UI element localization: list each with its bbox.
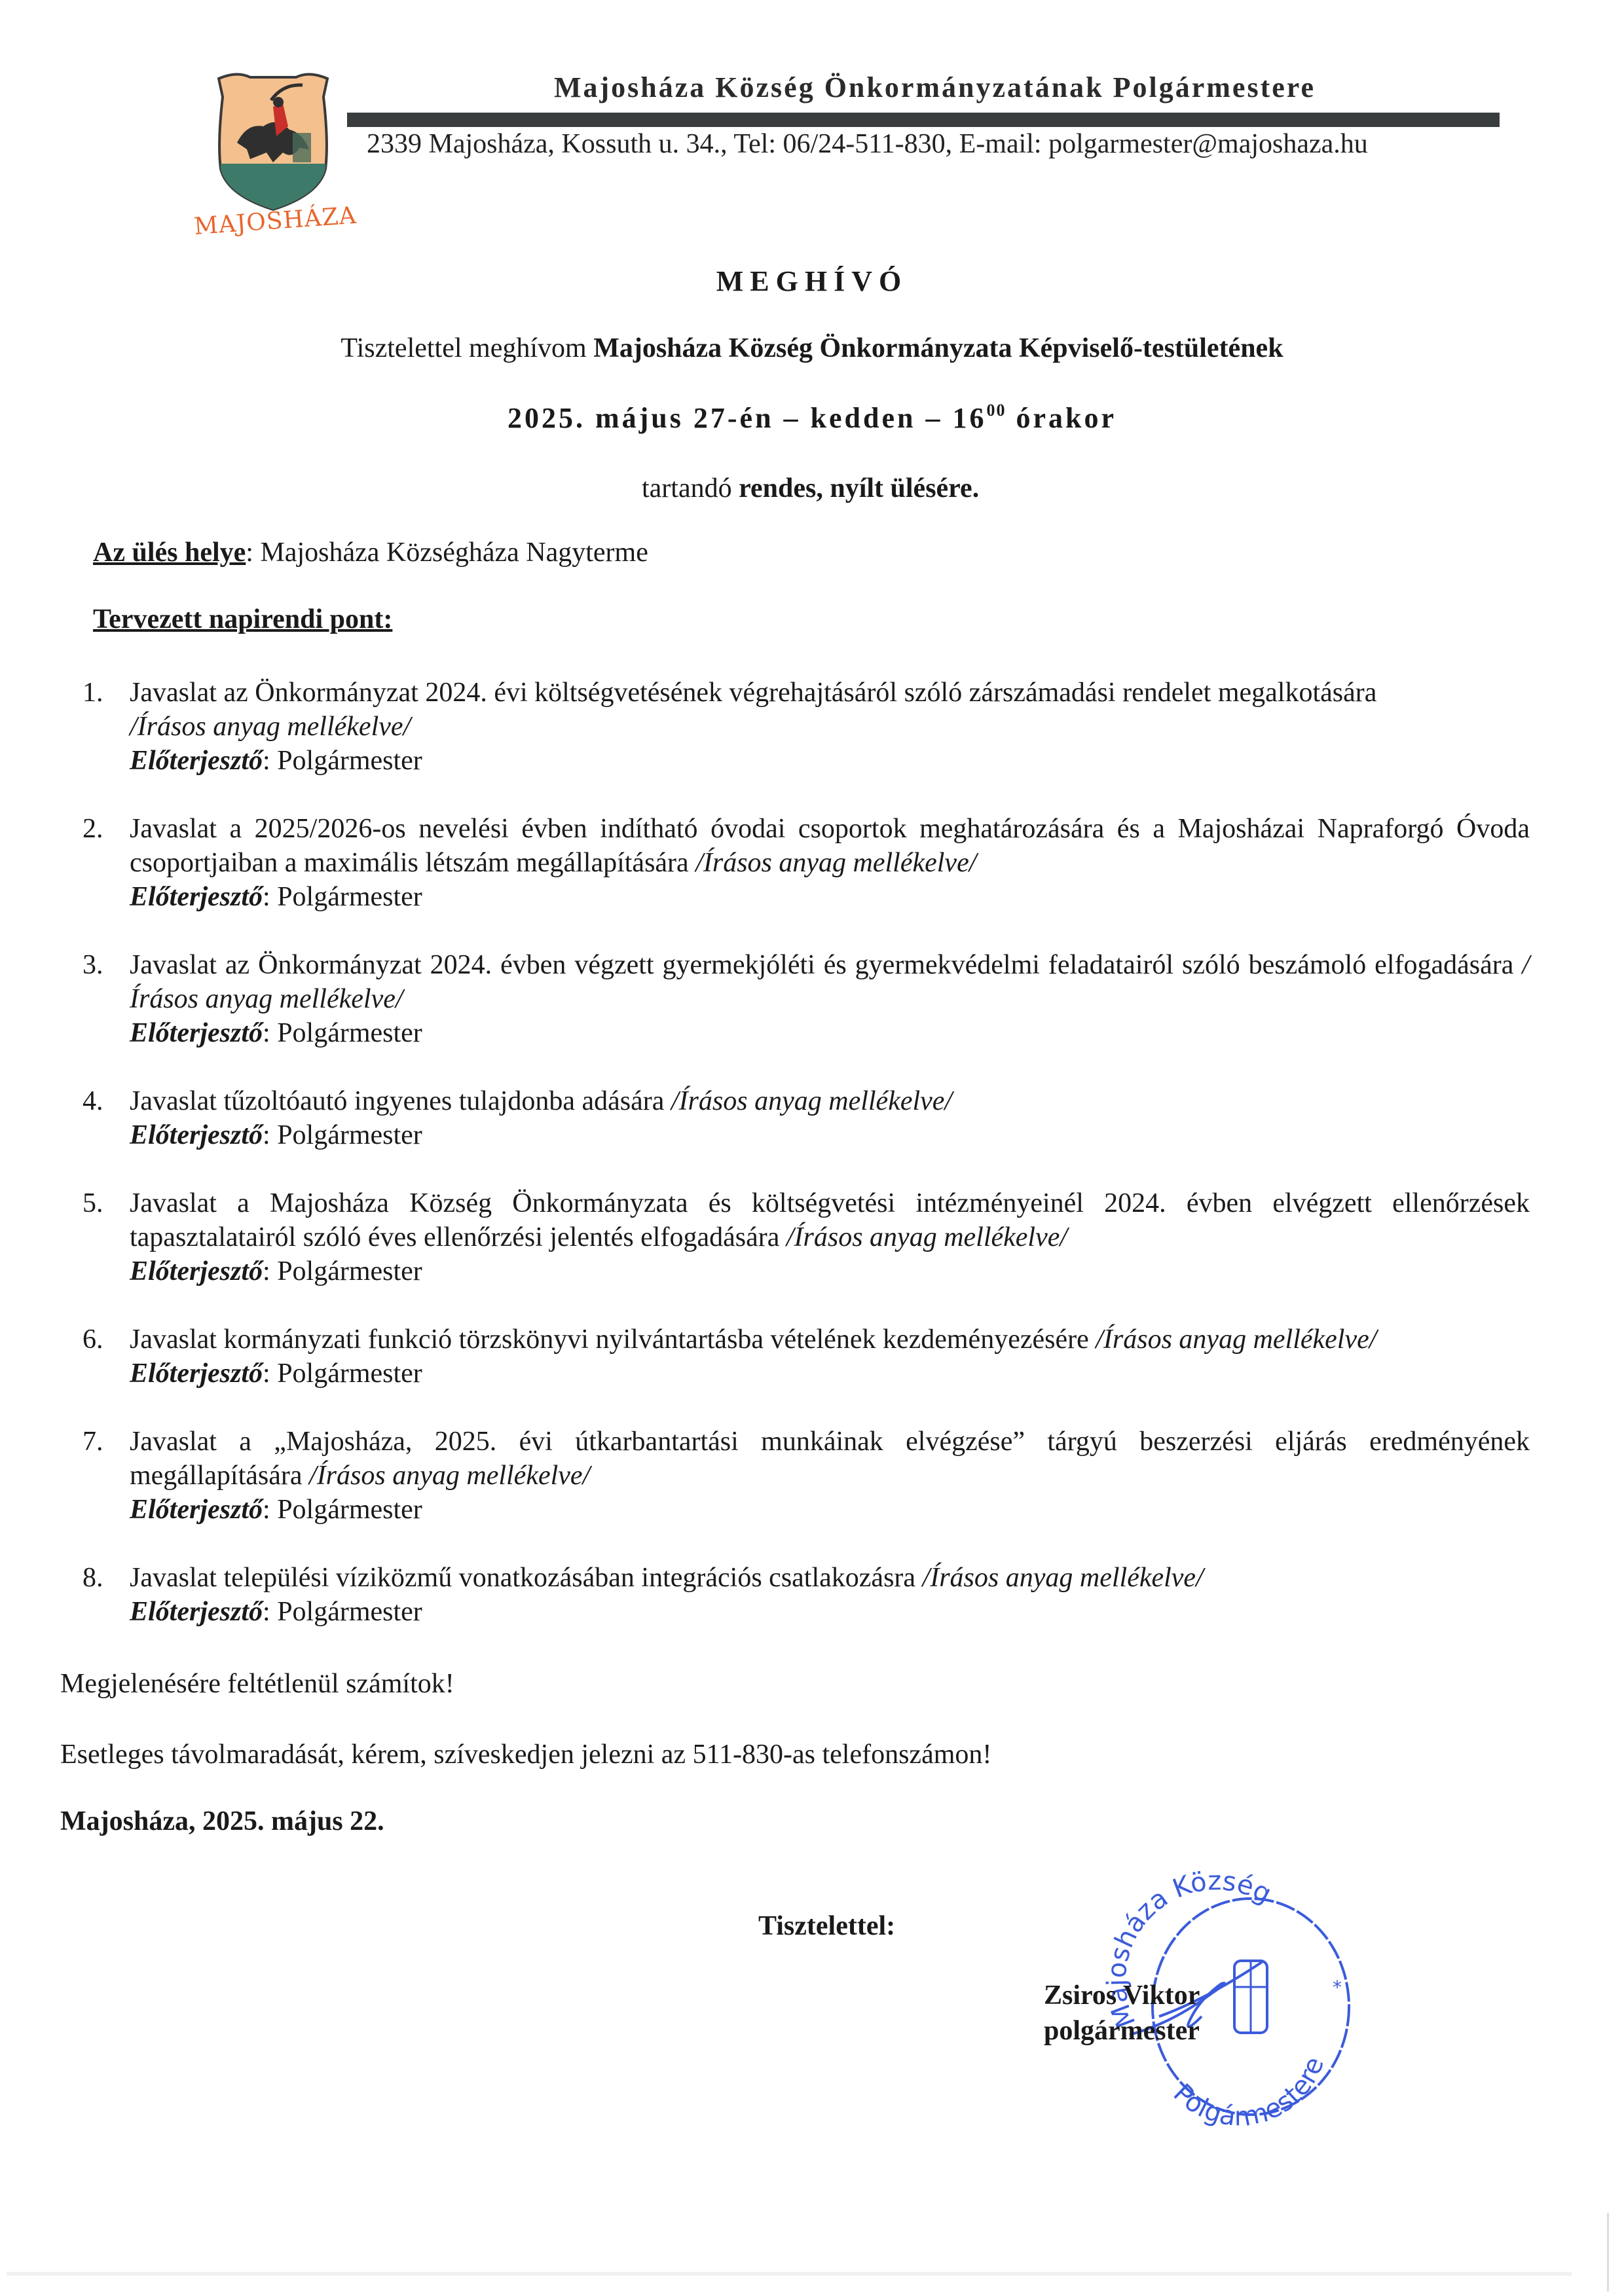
agenda-item-number: 7.: [83, 1425, 103, 1459]
agenda-item-number: 8.: [83, 1561, 103, 1595]
presenter-value: Polgármester: [277, 1120, 422, 1150]
agenda-item: 1.Javaslat az Önkormányzat 2024. évi köl…: [83, 676, 1530, 778]
session-type-line: tartandó rendes, nyílt ülésére.: [642, 473, 979, 504]
regards: Tisztelettel:: [758, 1910, 895, 1942]
svg-text:*: *: [1333, 1977, 1342, 1998]
place-date: Majosháza, 2025. május 22.: [60, 1806, 384, 1837]
presenter-label: Előterjesztő: [130, 1120, 263, 1150]
agenda-item-presenter: Előterjesztő: Polgármester: [130, 1254, 1530, 1288]
presenter-value: Polgármester: [277, 1495, 422, 1525]
agenda-item-text: Javaslat kormányzati funkció törzskönyvi…: [130, 1322, 1530, 1357]
agenda-item-presenter: Előterjesztő: Polgármester: [130, 1016, 1530, 1050]
agenda-item-title: Javaslat az Önkormányzat 2024. évi költs…: [130, 678, 1376, 708]
signer-name: Zsiros Viktor: [1044, 1980, 1200, 2011]
signer-title: polgármester: [1044, 2015, 1200, 2047]
closing-line-1: Megjelenésére feltétlenül számítok!: [60, 1668, 454, 1700]
presenter-label: Előterjesztő: [130, 882, 263, 912]
presenter-colon: :: [263, 1256, 277, 1286]
agenda-item-text: Javaslat a „Majosháza, 2025. évi útkarba…: [130, 1425, 1530, 1493]
agenda-item-text: Javaslat tűzoltóautó ingyenes tulajdonba…: [130, 1084, 1530, 1118]
scan-side-edge: [1607, 2213, 1609, 2291]
venue-label: Az ülés helye: [93, 538, 246, 568]
attachment-note: /Írásos anyag mellékelve/: [671, 1086, 952, 1116]
presenter-value: Polgármester: [277, 1256, 422, 1286]
svg-text:Polgármestere: Polgármestere: [1168, 2053, 1331, 2132]
session-lead: tartandó: [642, 473, 739, 503]
meeting-datetime: 2025. május 27-én – kedden – 1600 órakor: [0, 401, 1624, 435]
agenda-item-presenter: Előterjesztő: Polgármester: [130, 1493, 1530, 1527]
organization-name: Majosháza Község Önkormányzatának Polgár…: [554, 71, 1316, 104]
presenter-label: Előterjesztő: [130, 1358, 263, 1389]
header-divider: [347, 113, 1500, 127]
agenda-item-number: 3.: [83, 948, 103, 982]
agenda-item-text: Javaslat a Majosháza Község Önkormányzat…: [130, 1186, 1530, 1254]
presenter-label: Előterjesztő: [130, 1495, 263, 1525]
invitation-line: Tisztelettel meghívom Majosháza Község Ö…: [0, 333, 1624, 364]
presenter-colon: :: [263, 1495, 277, 1525]
agenda-item-presenter: Előterjesztő: Polgármester: [130, 1118, 1530, 1152]
venue-line: Az ülés helye: Majosháza Községháza Nagy…: [93, 537, 648, 568]
agenda-heading: Tervezett napirendi pont:: [93, 604, 392, 635]
attachment-note: /Írásos anyag mellékelve/: [1096, 1324, 1376, 1355]
closing-line-2: Esetleges távolmaradását, kérem, szívesk…: [60, 1739, 991, 1770]
agenda-item: 8.Javaslat települési víziközmű vonatkoz…: [83, 1561, 1530, 1629]
agenda-item: 7.Javaslat a „Majosháza, 2025. évi útkar…: [83, 1425, 1530, 1527]
agenda-item: 6.Javaslat kormányzati funkció törzsköny…: [83, 1322, 1530, 1391]
presenter-value: Polgármester: [277, 1018, 422, 1048]
agenda-item-presenter: Előterjesztő: Polgármester: [130, 1595, 1530, 1629]
presenter-label: Előterjesztő: [130, 1256, 263, 1286]
presenter-colon: :: [263, 746, 277, 776]
venue-value: : Majosháza Községháza Nagyterme: [246, 538, 648, 568]
attachment-note: /Írásos anyag mellékelve/: [695, 848, 976, 878]
presenter-colon: :: [263, 1120, 277, 1150]
agenda-item-text: Javaslat települési víziközmű vonatkozás…: [130, 1561, 1530, 1595]
session-type: rendes, nyílt ülésére.: [739, 473, 979, 503]
datetime-main: 2025. május 27-én – kedden – 16: [507, 402, 987, 434]
agenda-item-number: 1.: [83, 676, 103, 710]
presenter-value: Polgármester: [277, 882, 422, 912]
agenda-item: 2.Javaslat a 2025/2026-os nevelési évben…: [83, 812, 1530, 914]
attachment-note: /Írásos anyag mellékelve/: [923, 1563, 1204, 1593]
attachment-note: /Írásos anyag mellékelve/: [309, 1461, 590, 1491]
presenter-label: Előterjesztő: [130, 746, 263, 776]
presenter-label: Előterjesztő: [130, 1018, 263, 1048]
agenda-item: 4.Javaslat tűzoltóautó ingyenes tulajdon…: [83, 1084, 1530, 1152]
presenter-colon: :: [263, 1018, 277, 1048]
agenda-list: 1.Javaslat az Önkormányzat 2024. évi köl…: [83, 676, 1530, 1663]
agenda-item-presenter: Előterjesztő: Polgármester: [130, 744, 1530, 778]
attachment-note: /Írásos anyag mellékelve/: [130, 712, 411, 742]
presenter-colon: :: [263, 1597, 277, 1627]
agenda-item-title: Javaslat tűzoltóautó ingyenes tulajdonba…: [130, 1086, 671, 1116]
presenter-value: Polgármester: [277, 1597, 422, 1627]
datetime-minutes: 00: [986, 401, 1006, 420]
presenter-colon: :: [263, 1358, 277, 1389]
agenda-item-text: Javaslat a 2025/2026-os nevelési évben i…: [130, 812, 1530, 880]
agenda-item-title: Javaslat kormányzati funkció törzskönyvi…: [130, 1324, 1096, 1355]
agenda-item-text: Javaslat az Önkormányzat 2024. évi költs…: [130, 676, 1530, 744]
agenda-item-presenter: Előterjesztő: Polgármester: [130, 880, 1530, 914]
agenda-item-text: Javaslat az Önkormányzat 2024. évben vég…: [130, 948, 1530, 1016]
agenda-item-title: Javaslat települési víziközmű vonatkozás…: [130, 1563, 923, 1593]
attachment-note: /Írásos anyag mellékelve/: [786, 1222, 1067, 1252]
agenda-item-number: 6.: [83, 1322, 103, 1357]
presenter-value: Polgármester: [277, 746, 422, 776]
presenter-label: Előterjesztő: [130, 1597, 263, 1627]
contact-line: 2339 Majosháza, Kossuth u. 34., Tel: 06/…: [367, 128, 1368, 160]
datetime-tail: órakor: [1006, 402, 1116, 434]
agenda-item-title: Javaslat az Önkormányzat 2024. évben vég…: [130, 950, 1522, 980]
presenter-value: Polgármester: [277, 1358, 422, 1389]
document-title: MEGHÍVÓ: [0, 264, 1624, 298]
scan-edge: [7, 2272, 1572, 2276]
municipal-crest-icon: [211, 71, 335, 211]
invitation-lead: Tisztelettel meghívom: [341, 333, 593, 363]
invitation-body: Majosháza Község Önkormányzata Képviselő…: [593, 333, 1283, 363]
agenda-item-number: 4.: [83, 1084, 103, 1118]
agenda-item-presenter: Előterjesztő: Polgármester: [130, 1357, 1530, 1391]
agenda-item-number: 5.: [83, 1186, 103, 1220]
agenda-item: 5.Javaslat a Majosháza Község Önkormányz…: [83, 1186, 1530, 1288]
presenter-colon: :: [263, 882, 277, 912]
agenda-item: 3.Javaslat az Önkormányzat 2024. évben v…: [83, 948, 1530, 1050]
agenda-item-number: 2.: [83, 812, 103, 846]
